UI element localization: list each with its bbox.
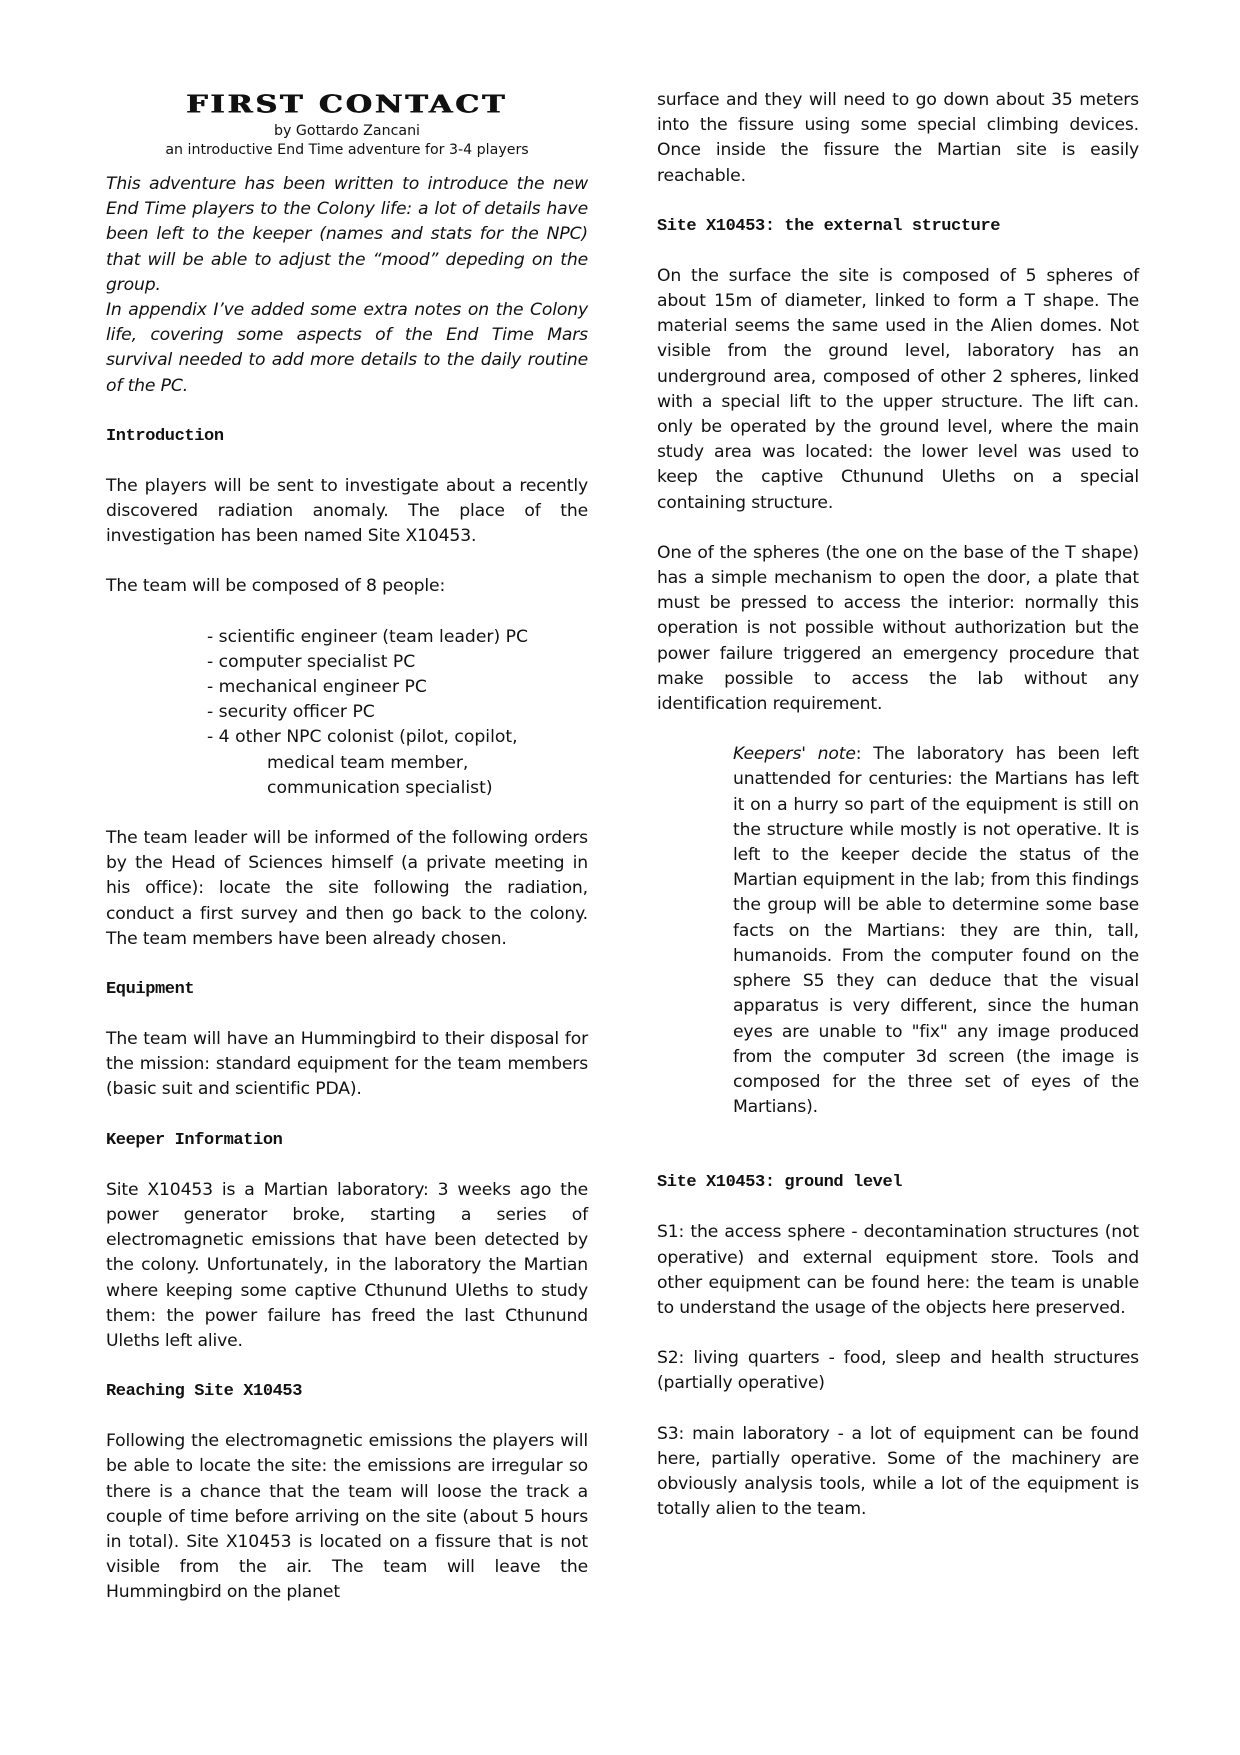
- team-composition-intro: The team will be composed of 8 people:: [106, 574, 588, 599]
- document-title: FIRST CONTACT: [186, 91, 507, 119]
- team-list-item: - 4 other NPC colonist (pilot, copilot,: [207, 725, 588, 750]
- team-list: - scientific engineer (team leader) PC -…: [207, 625, 588, 801]
- section-heading-reaching-site: Reaching Site X10453: [106, 1379, 588, 1404]
- spacer: [657, 1195, 1139, 1220]
- spacer: [106, 1404, 588, 1429]
- sphere-s2-description: S2: living quarters - food, sleep and he…: [657, 1346, 1139, 1396]
- spacer: [657, 189, 1139, 214]
- keepers-note-text: : The laboratory has been left unattende…: [733, 744, 1139, 1117]
- left-column: FIRST CONTACT by Gottardo Zancani an int…: [106, 88, 588, 1606]
- external-structure-paragraph-2: One of the spheres (the one on the base …: [657, 541, 1139, 717]
- spacer: [106, 952, 588, 977]
- intro-paragraph-2: In appendix I’ve added some extra notes …: [106, 298, 588, 399]
- spacer: [657, 1120, 1139, 1145]
- reaching-site-paragraph-continued: surface and they will need to go down ab…: [657, 88, 1139, 189]
- sphere-s3-description: S3: main laboratory - a lot of equipment…: [657, 1422, 1139, 1523]
- keepers-note-label: Keepers' note: [733, 744, 856, 764]
- spacer: [106, 1354, 588, 1379]
- spacer: [657, 516, 1139, 541]
- document-subtitle: an introductive End Time adventure for 3…: [106, 141, 588, 160]
- right-column: surface and they will need to go down ab…: [657, 88, 1139, 1522]
- title-block: FIRST CONTACT by Gottardo Zancani an int…: [106, 88, 588, 160]
- spacer: [106, 600, 588, 625]
- team-list-item: - mechanical engineer PC: [207, 675, 588, 700]
- section-heading-external-structure: Site X10453: the external structure: [657, 214, 1139, 239]
- section-heading-introduction: Introduction: [106, 424, 588, 449]
- keeper-information-paragraph: Site X10453 is a Martian laboratory: 3 w…: [106, 1178, 588, 1354]
- author-byline: by Gottardo Zancani: [106, 122, 588, 141]
- spacer: [657, 1145, 1139, 1170]
- section-heading-ground-level: Site X10453: ground level: [657, 1170, 1139, 1195]
- intro-paragraph-1: This adventure has been written to intro…: [106, 172, 588, 298]
- team-list-item: - computer specialist PC: [207, 650, 588, 675]
- keepers-note: Keepers' note: The laboratory has been l…: [733, 742, 1139, 1120]
- equipment-paragraph: The team will have an Hummingbird to the…: [106, 1027, 588, 1103]
- spacer: [106, 549, 588, 574]
- team-list-item: - scientific engineer (team leader) PC: [207, 625, 588, 650]
- introduction-paragraph: The players will be sent to investigate …: [106, 474, 588, 550]
- spacer: [106, 1002, 588, 1027]
- team-list-item: - security officer PC: [207, 700, 588, 725]
- section-heading-keeper-information: Keeper Information: [106, 1128, 588, 1153]
- reaching-site-paragraph: Following the electromagnetic emissions …: [106, 1429, 588, 1605]
- spacer: [106, 801, 588, 826]
- spacer: [106, 449, 588, 474]
- spacer: [106, 1103, 588, 1128]
- spacer: [657, 239, 1139, 264]
- team-list-item-continuation: medical team member,: [207, 751, 588, 776]
- external-structure-paragraph-1: On the surface the site is composed of 5…: [657, 264, 1139, 516]
- spacer: [106, 1153, 588, 1178]
- section-heading-equipment: Equipment: [106, 977, 588, 1002]
- team-list-item-continuation: communication specialist): [207, 776, 588, 801]
- sphere-s1-description: S1: the access sphere - decontamination …: [657, 1220, 1139, 1321]
- spacer: [657, 1397, 1139, 1422]
- spacer: [106, 399, 588, 424]
- spacer: [657, 717, 1139, 742]
- spacer: [657, 1321, 1139, 1346]
- team-leader-orders-paragraph: The team leader will be informed of the …: [106, 826, 588, 952]
